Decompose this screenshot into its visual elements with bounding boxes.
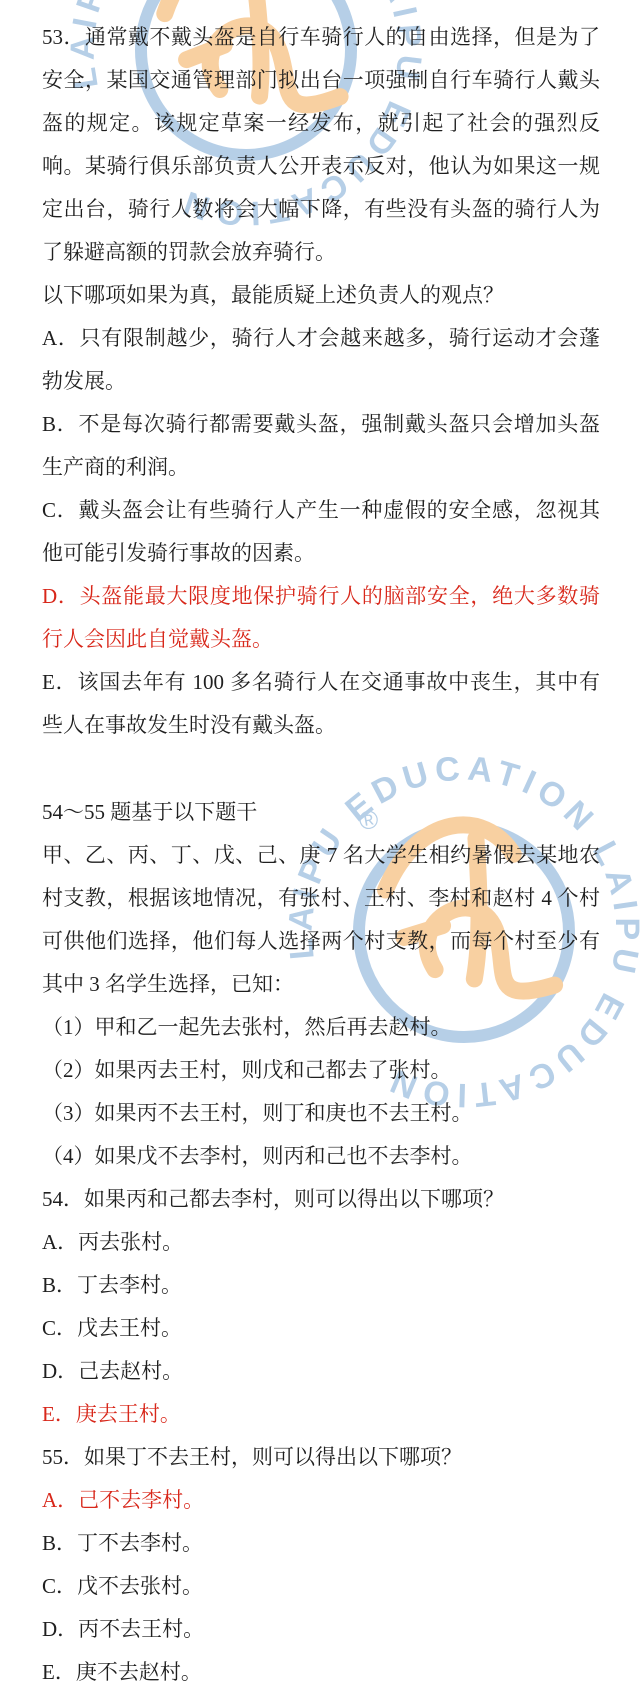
option-label: C． [42, 498, 79, 522]
group-header: 54～55 题基于以下题干 [42, 791, 600, 834]
group-stem: 甲、乙、丙、丁、戊、己、庚 7 名大学生相约暑假去某地农村支教，根据该地情况，有… [42, 834, 600, 1006]
question-53-option-c: C．戴头盔会让有些骑行人产生一种虚假的安全感，忽视其他可能引发骑行事故的因素。 [42, 489, 600, 575]
option-label: B． [42, 412, 79, 436]
question-53-option-d-answer: D．头盔能最大限度地保护骑行人的脑部安全，绝大多数骑行人会因此自觉戴头盔。 [42, 575, 600, 661]
group-condition-4: （4）如果戊不去李村，则丙和己也不去李村。 [42, 1135, 600, 1178]
group-condition-1: （1）甲和乙一起先去张村，然后再去赵村。 [42, 1006, 600, 1049]
option-text: 戊不去张村。 [77, 1574, 203, 1598]
question-55-stem: 55．如果丁不去王村，则可以得出以下哪项？ [42, 1436, 600, 1479]
question-55-option-b: B．丁不去李村。 [42, 1522, 600, 1565]
question-53: 53．通常戴不戴头盔是自行车骑行人的自由选择，但是为了安全，某国交通管理部门拟出… [42, 16, 600, 747]
option-label: E． [42, 670, 77, 694]
option-text: 己去赵村。 [78, 1359, 183, 1383]
option-label: D． [42, 584, 80, 608]
option-label: E． [42, 1402, 76, 1426]
option-label: D． [42, 1359, 78, 1383]
question-54-stem: 54．如果丙和己都去李村，则可以得出以下哪项？ [42, 1178, 600, 1221]
option-text: 己不去李村。 [78, 1488, 204, 1512]
option-text: 戴头盔会让有些骑行人产生一种虚假的安全感，忽视其他可能引发骑行事故的因素。 [42, 498, 600, 565]
exam-page-content: 53．通常戴不戴头盔是自行车骑行人的自由选择，但是为了安全，某国交通管理部门拟出… [0, 0, 640, 1694]
option-label: A． [42, 1488, 78, 1512]
question-55-option-a-answer: A．己不去李村。 [42, 1479, 600, 1522]
question-53-option-a: A．只有限制越少，骑行人才会越来越多，骑行运动才会蓬勃发展。 [42, 317, 600, 403]
option-text: 头盔能最大限度地保护骑行人的脑部安全，绝大多数骑行人会因此自觉戴头盔。 [42, 584, 600, 651]
option-label: A． [42, 326, 80, 350]
question-55-option-c: C．戊不去张村。 [42, 1565, 600, 1608]
question-55-option-d: D．丙不去王村。 [42, 1608, 600, 1651]
option-label: B． [42, 1273, 77, 1297]
option-label: B． [42, 1531, 77, 1555]
question-54-option-b: B．丁去李村。 [42, 1264, 600, 1307]
question-53-option-b: B．不是每次骑行都需要戴头盔，强制戴头盔只会增加头盔生产商的利润。 [42, 403, 600, 489]
question-54-option-c: C．戊去王村。 [42, 1307, 600, 1350]
question-53-option-e: E．该国去年有 100 多名骑行人在交通事故中丧生，其中有些人在事故发生时没有戴… [42, 661, 600, 747]
option-text: 戊去王村。 [77, 1316, 182, 1340]
section-gap [42, 747, 600, 791]
option-text: 该国去年有 100 多名骑行人在交通事故中丧生，其中有些人在事故发生时没有戴头盔… [42, 670, 600, 737]
question-54-option-e-answer: E．庚去王村。 [42, 1393, 600, 1436]
option-label: C． [42, 1316, 77, 1340]
option-text: 丁去李村。 [77, 1273, 182, 1297]
option-label: E． [42, 1660, 76, 1684]
question-54-option-a: A．丙去张村。 [42, 1221, 600, 1264]
group-condition-3: （3）如果丙不去王村，则丁和庚也不去王村。 [42, 1092, 600, 1135]
question-53-stem: 53．通常戴不戴头盔是自行车骑行人的自由选择，但是为了安全，某国交通管理部门拟出… [42, 16, 600, 274]
option-label: A． [42, 1230, 78, 1254]
question-54-option-d: D．己去赵村。 [42, 1350, 600, 1393]
option-text: 丙去张村。 [78, 1230, 183, 1254]
group-condition-2: （2）如果丙去王村，则戊和己都去了张村。 [42, 1049, 600, 1092]
option-label: D． [42, 1617, 78, 1641]
question-55-option-e: E．庚不去赵村。 [42, 1651, 600, 1694]
option-text: 只有限制越少，骑行人才会越来越多，骑行运动才会蓬勃发展。 [42, 326, 600, 393]
option-text: 丙不去王村。 [78, 1617, 204, 1641]
option-label: C． [42, 1574, 77, 1598]
option-text: 不是每次骑行都需要戴头盔，强制戴头盔只会增加头盔生产商的利润。 [42, 412, 600, 479]
question-53-prompt: 以下哪项如果为真，最能质疑上述负责人的观点？ [42, 274, 600, 317]
option-text: 庚去王村。 [76, 1402, 181, 1426]
option-text: 丁不去李村。 [77, 1531, 203, 1555]
question-group-54-55: 54～55 题基于以下题干 甲、乙、丙、丁、戊、己、庚 7 名大学生相约暑假去某… [42, 791, 600, 1694]
option-text: 庚不去赵村。 [76, 1660, 202, 1684]
